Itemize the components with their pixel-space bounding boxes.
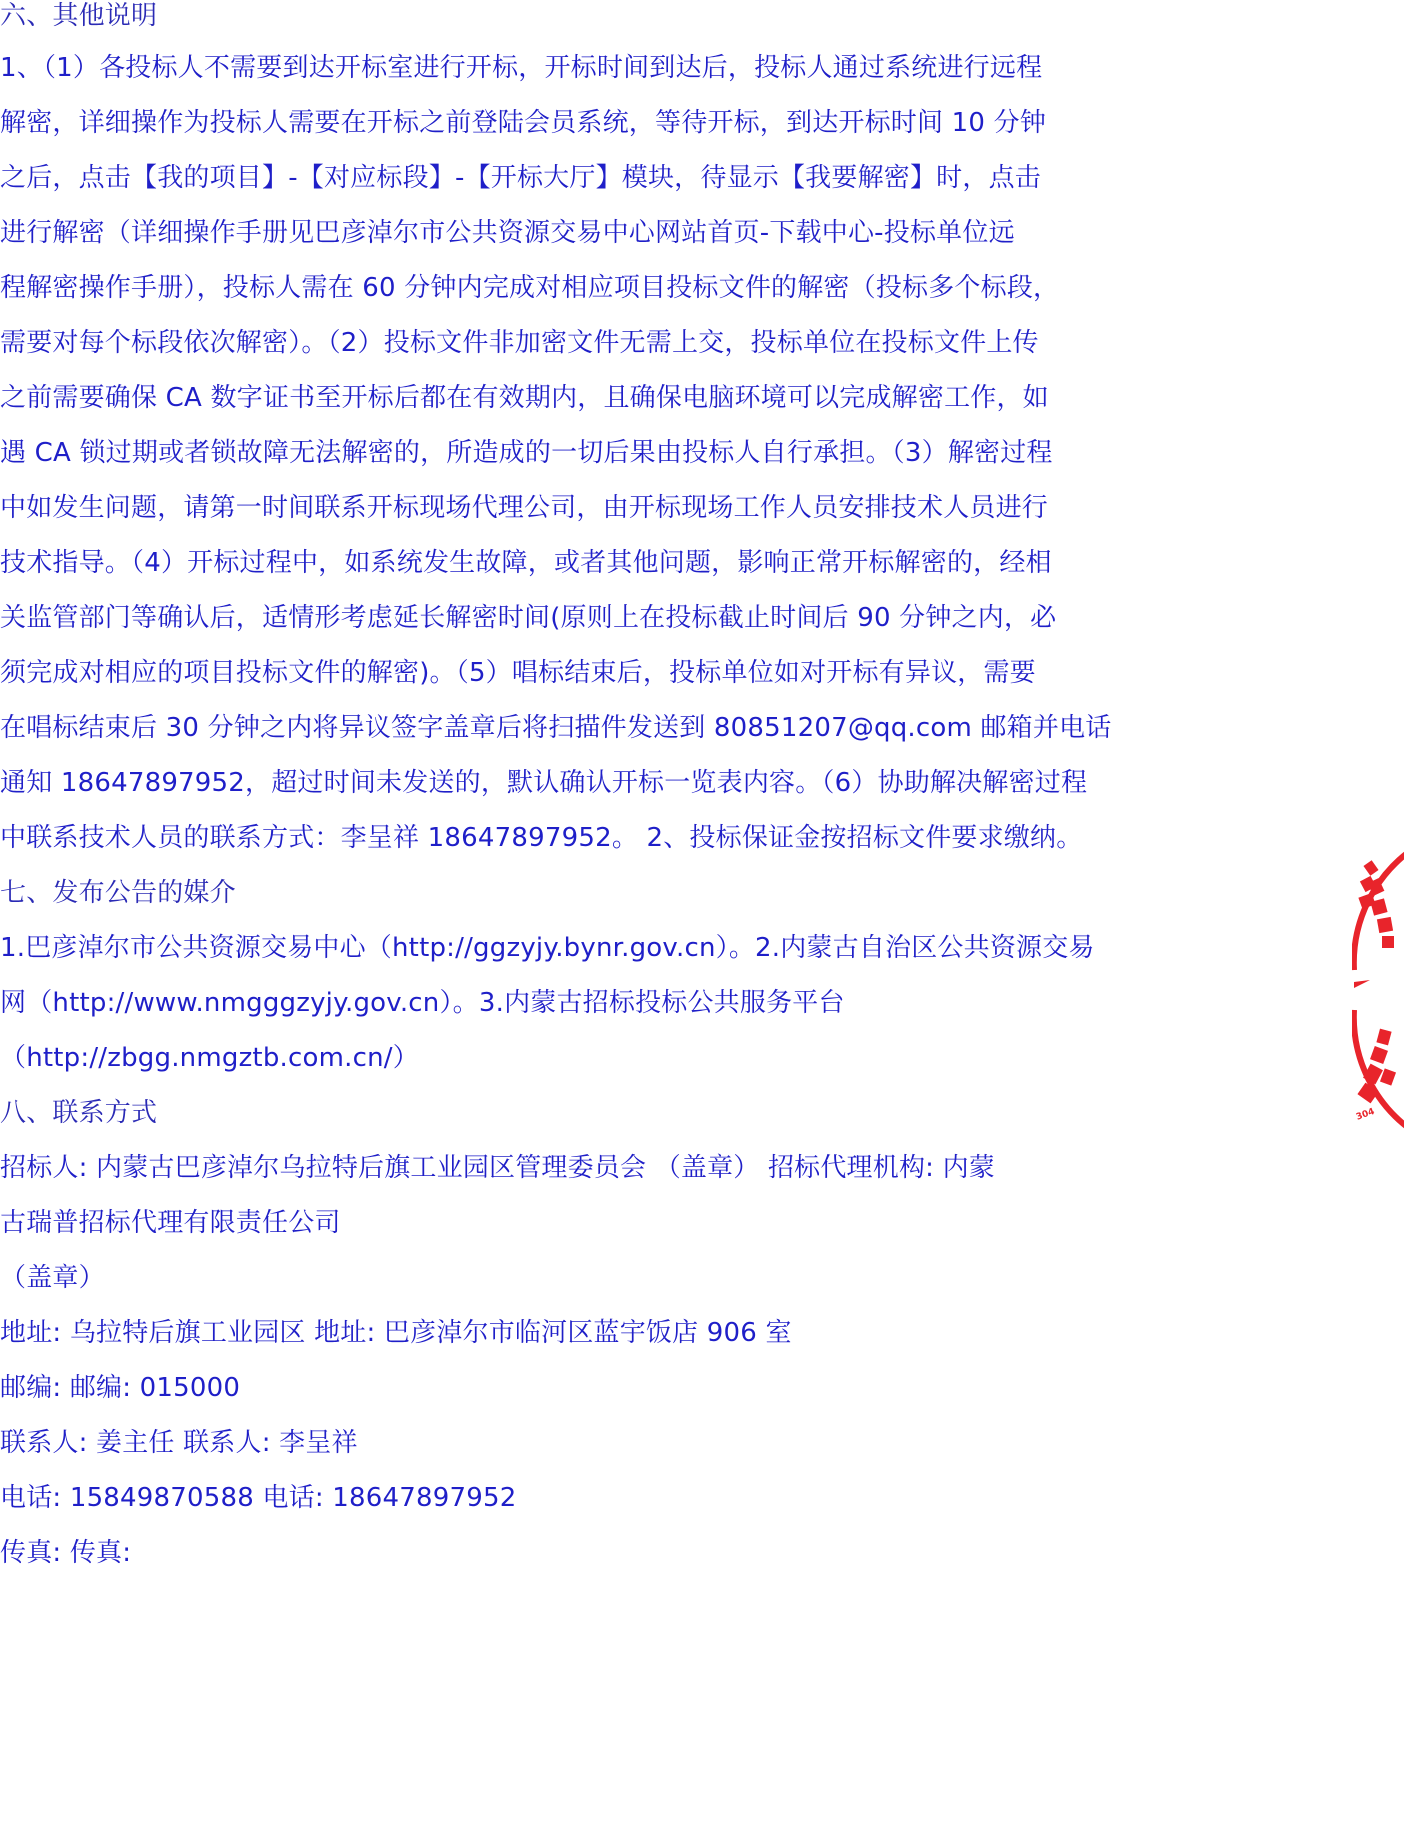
contact-line-phone: 电话: 15849870588 电话: 18647897952 — [0, 1482, 516, 1514]
paragraph-line: 进行解密（详细操作手册见巴彦淖尔市公共资源交易中心网站首页-下载中心-投标单位远 — [0, 217, 1015, 249]
paragraph-line: 程解密操作手册），投标人需在 60 分钟内完成对相应项目投标文件的解密（投标多个… — [0, 272, 1059, 304]
paragraph-line: 须完成对相应的项目投标文件的解密)。（5）唱标结束后，投标单位如对开标有异议，需… — [0, 657, 1036, 689]
paragraph-line: 通知 18647897952，超过时间未发送的，默认确认开标一览表内容。（6）协… — [0, 767, 1087, 799]
paragraph-line: 遇 CA 锁过期或者锁故障无法解密的，所造成的一切后果由投标人自行承担。（3）解… — [0, 437, 1053, 469]
section-heading-media: 七、发布公告的媒介 — [0, 877, 236, 909]
section-heading-contact: 八、联系方式 — [0, 1097, 157, 1129]
contact-line-postcode: 邮编: 邮编: 015000 — [0, 1372, 240, 1404]
paragraph-line: 中联系技术人员的联系方式：李呈祥 18647897952。 2、投标保证金按招标… — [0, 822, 1082, 854]
paragraph-line: 之后，点击【我的项目】-【对应标段】-【开标大厅】模块，待显示【我要解密】时，点… — [0, 162, 1041, 194]
paragraph-line: 需要对每个标段依次解密）。（2）投标文件非加密文件无需上交，投标单位在投标文件上… — [0, 327, 1039, 359]
paragraph-line-email: 在唱标结束后 30 分钟之内将异议签字盖章后将扫描件发送到 80851207@q… — [0, 712, 1111, 744]
paragraph-line: 之前需要确保 CA 数字证书至开标后都在有效期内，且确保电脑环境可以完成解密工作… — [0, 382, 1049, 414]
contact-line-agency: 古瑞普招标代理有限责任公司 — [0, 1207, 341, 1239]
paragraph-line: 技术指导。（4）开标过程中，如系统发生故障，或者其他问题，影响正常开标解密的，经… — [0, 547, 1052, 579]
paragraph-line: 中如发生问题，请第一时间联系开标现场代理公司，由开标现场工作人员安排技术人员进行 — [0, 492, 1048, 524]
contact-line-person: 联系人: 姜主任 联系人: 李呈祥 — [0, 1427, 358, 1459]
svg-text:304: 304 — [1355, 1107, 1376, 1123]
paragraph-line: 1、（1）各投标人不需要到达开标室进行开标，开标时间到达后，投标人通过系统进行远… — [0, 52, 1042, 84]
section-heading-other-notes: 六、其他说明 — [0, 0, 157, 32]
paragraph-line: 关监管部门等确认后，适情形考虑延长解密时间(原则上在投标截止时间后 90 分钟之… — [0, 602, 1056, 634]
media-line: （http://zbgg.nmgztb.com.cn/） — [0, 1042, 419, 1074]
media-line: 1.巴彦淖尔市公共资源交易中心（http://ggzyjy.bynr.gov.c… — [0, 932, 1095, 964]
contact-line-seal: （盖章） — [0, 1262, 105, 1294]
contact-line-address: 地址: 乌拉特后旗工业园区 地址: 巴彦淖尔市临河区蓝宇饭店 906 室 — [0, 1317, 792, 1349]
contact-line-fax: 传真: 传真: — [0, 1537, 131, 1569]
contact-line-tenderer: 招标人: 内蒙古巴彦淖尔乌拉特后旗工业园区管理委员会 （盖章） 招标代理机构: … — [0, 1152, 995, 1184]
paragraph-line: 解密，详细操作为投标人需要在开标之前登陆会员系统，等待开标，到达开标时间 10 … — [0, 107, 1046, 139]
official-seal-icon: 304 — [1352, 840, 1404, 1140]
media-line: 网（http://www.nmgggzyjy.gov.cn）。3.内蒙古招标投标… — [0, 987, 845, 1019]
